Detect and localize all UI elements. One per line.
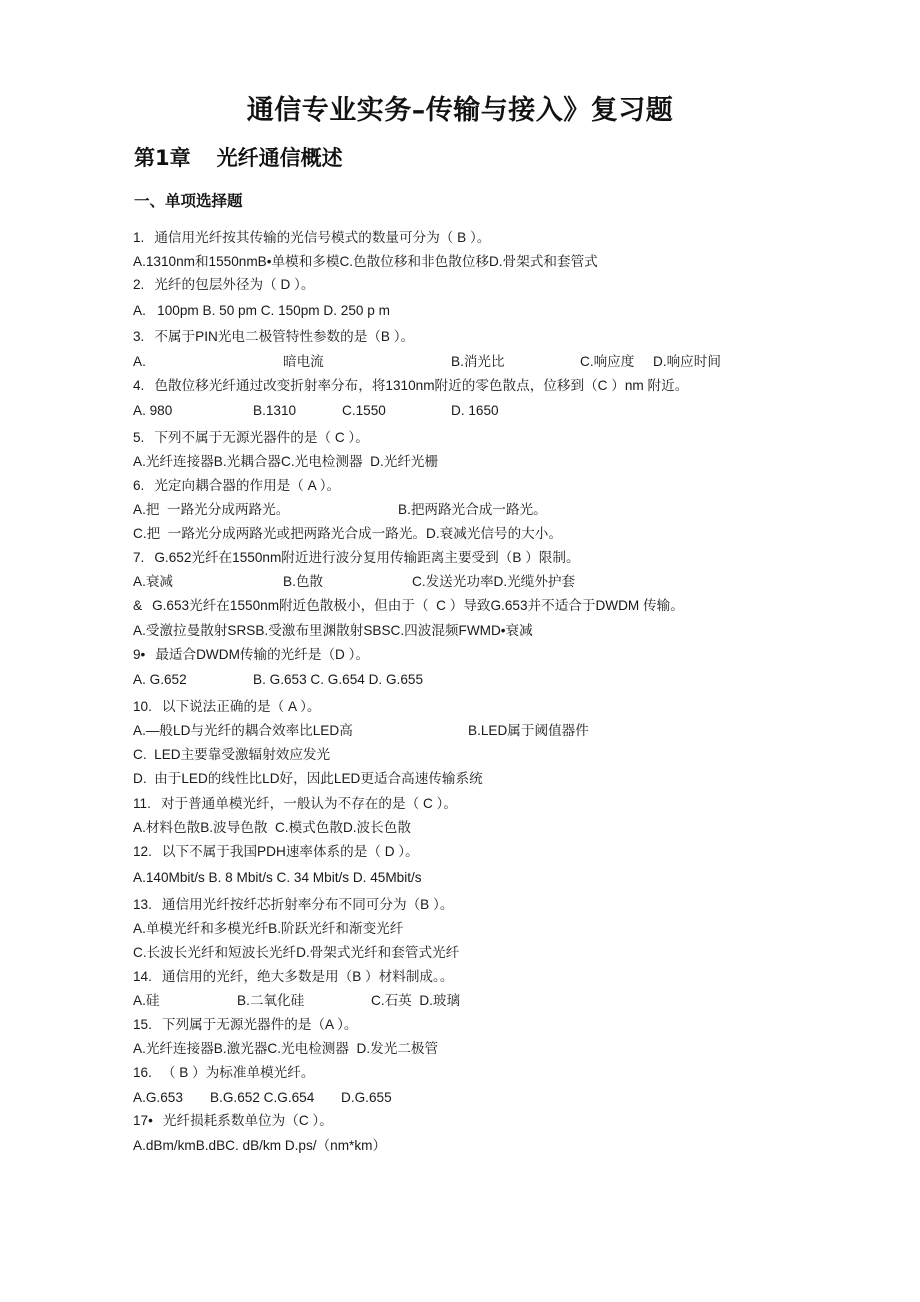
question-stem: 12.以下不属于我国PDH速率体系的是（ D ）。 <box>133 843 419 861</box>
answer-option: A.1310nm和1550nmB•单模和多模C.色散位移和非色散位移D.骨架式和… <box>133 253 598 271</box>
question-stem: 15.下列属于无源光器件的是（A ）。 <box>133 1016 358 1034</box>
question-text: 以下不属于我国PDH速率体系的是（ D ）。 <box>162 844 419 859</box>
section-heading: 一、单项选择题 <box>134 189 243 211</box>
answer-option: A.—般LD与光纤的耦合效率比LED高 <box>133 722 353 740</box>
answer-option: A. <box>133 353 146 371</box>
question-stem: 6.光定向耦合器的作用是（ A ）。 <box>133 477 340 495</box>
answer-option: C.石英 D.玻璃 <box>371 992 460 1010</box>
question-text: 通信用光纤按纤芯折射率分布不同可分为（B ）。 <box>162 897 454 912</box>
question-text: 色散位移光纤通过改变折射率分布，将1310nm附近的零色散点，位移到（C ）nm… <box>154 378 688 393</box>
answer-option: B.G.652 C.G.654 <box>210 1089 314 1107</box>
answer-option: B.消光比 <box>451 353 505 371</box>
answer-option: D. 由于LED的线性比LD好，因此LED更适合高速传输系统 <box>133 770 483 788</box>
question-text: 不属于PIN光电二极管特性参数的是（B ）。 <box>154 329 414 344</box>
answer-option: C. LED主要靠受激辐射效应发光 <box>133 746 330 764</box>
answer-option: B.1310 <box>253 402 296 420</box>
answer-option: 暗电流 <box>283 353 324 371</box>
question-text: 下列不属于无源光器件的是（ C ）。 <box>154 430 368 445</box>
question-text: 对于普通单模光纤，一般认为不存在的是（ C ）。 <box>161 796 457 811</box>
question-number: 5. <box>133 430 144 445</box>
document-title: 通信专业实务–传输与接入》复习题 <box>0 88 920 127</box>
question-stem: 11.对于普通单模光纤，一般认为不存在的是（ C ）。 <box>133 795 457 813</box>
question-number: 11. <box>133 796 151 811</box>
question-stem: 3.不属于PIN光电二极管特性参数的是（B ）。 <box>133 328 414 346</box>
answer-option: D. 1650 <box>451 402 499 420</box>
question-text: G.652光纤在1550nm附近进行波分复用传输距离主要受到（B ）限制。 <box>154 550 579 565</box>
question-stem: 17•光纤损耗系数单位为（C ）。 <box>133 1112 333 1130</box>
answer-option: B. G.653 C. G.654 D. G.655 <box>253 671 423 689</box>
question-stem: 4.色散位移光纤通过改变折射率分布，将1310nm附近的零色散点，位移到（C ）… <box>133 377 688 395</box>
question-text: 下列属于无源光器件的是（A ）。 <box>162 1017 358 1032</box>
answer-option: A.衰减 <box>133 573 173 591</box>
question-stem: 10.以下说法正确的是（ A ）。 <box>133 698 321 716</box>
answer-option: D.响应时间 <box>653 353 721 371</box>
question-stem: 14.通信用的光纤，绝大多数是用（B ）材料制成。。 <box>133 968 453 986</box>
question-text: 最适合DWDM传输的光纤是（D ）。 <box>155 647 369 662</box>
answer-option: A.光纤连接器B.激光器C.光电检测器 D.发光二极管 <box>133 1040 438 1058</box>
answer-option: A.140Mbit/s B. 8 Mbit/s C. 34 Mbit/s D. … <box>133 869 422 887</box>
chapter-name: 光纤通信概述 <box>217 146 343 170</box>
question-text: 光纤损耗系数单位为（C ）。 <box>163 1113 333 1128</box>
answer-option: D.G.655 <box>341 1089 392 1107</box>
question-text: 光纤的包层外径为（ D ）。 <box>154 277 314 292</box>
question-text: 通信用光纤按其传输的光信号模式的数量可分为（ B ）。 <box>154 230 490 245</box>
question-stem: &G.653光纤在1550nm附近色散极小，但由于（ C ）导致G.653并不适… <box>133 597 684 615</box>
question-number: & <box>133 598 142 613</box>
question-number: 12. <box>133 844 152 859</box>
question-number: 3. <box>133 329 144 344</box>
answer-option: A.G.653 <box>133 1089 183 1107</box>
question-number: 17• <box>133 1113 153 1128</box>
question-text: 光定向耦合器的作用是（ A ）。 <box>154 478 340 493</box>
question-stem: 7.G.652光纤在1550nm附近进行波分复用传输距离主要受到（B ）限制。 <box>133 549 580 567</box>
answer-option: A. G.652 <box>133 671 187 689</box>
document-page: 通信专业实务–传输与接入》复习题 第1章光纤通信概述 一、单项选择题 1.通信用… <box>0 0 920 1302</box>
question-text: G.653光纤在1550nm附近色散极小，但由于（ C ）导致G.653并不适合… <box>152 598 684 613</box>
question-number: 14. <box>133 969 152 984</box>
answer-option: C.长波长光纤和短波长光纤D.骨架式光纤和套管式光纤 <box>133 944 459 962</box>
question-number: 7. <box>133 550 144 565</box>
answer-option: A.把 一路光分成两路光。 <box>133 501 289 519</box>
chapter-heading: 第1章光纤通信概述 <box>134 142 343 172</box>
question-stem: 9•最适合DWDM传输的光纤是（D ）。 <box>133 646 369 664</box>
answer-option: B.色散 <box>283 573 323 591</box>
answer-option: C.响应度 <box>580 353 634 371</box>
answer-option: A. 100pm B. 50 pm C. 150pm D. 250 p m <box>133 302 390 320</box>
answer-option: A.dBm/kmB.dBC. dB/km D.ps/（nm*km） <box>133 1137 386 1155</box>
question-number: 9• <box>133 647 145 662</box>
answer-option: A.光纤连接器B.光耦合器C.光电检测器 D.光纤光栅 <box>133 453 438 471</box>
question-stem: 2.光纤的包层外径为（ D ）。 <box>133 276 314 294</box>
question-number: 1. <box>133 230 144 245</box>
question-text: 以下说法正确的是（ A ）。 <box>162 699 321 714</box>
question-number: 15. <box>133 1017 152 1032</box>
question-stem: 5.下列不属于无源光器件的是（ C ）。 <box>133 429 369 447</box>
question-stem: 16.（ B ）为标准单模光纤。 <box>133 1064 314 1082</box>
answer-option: A.硅 <box>133 992 159 1010</box>
question-number: 10. <box>133 699 152 714</box>
question-text: 通信用的光纤，绝大多数是用（B ）材料制成。。 <box>162 969 454 984</box>
question-stem: 1.通信用光纤按其传输的光信号模式的数量可分为（ B ）。 <box>133 229 490 247</box>
question-text: （ B ）为标准单模光纤。 <box>162 1065 315 1080</box>
answer-option: B.把两路光合成一路光。 <box>398 501 547 519</box>
question-number: 13. <box>133 897 152 912</box>
answer-option: B.二氧化硅 <box>237 992 304 1010</box>
question-number: 6. <box>133 478 144 493</box>
question-stem: 13.通信用光纤按纤芯折射率分布不同可分为（B ）。 <box>133 896 453 914</box>
answer-option: A.材料色散B.波导色散 C.模式色散D.波长色散 <box>133 819 411 837</box>
question-number: 16. <box>133 1065 152 1080</box>
question-number: 2. <box>133 277 144 292</box>
answer-option: C.把 一路光分成两路光或把两路光合成一路光。D.衰减光信号的大小。 <box>133 525 562 543</box>
answer-option: A. 980 <box>133 402 172 420</box>
answer-option: A.单模光纤和多模光纤B.阶跃光纤和渐变光纤 <box>133 920 403 938</box>
chapter-number: 第1章 <box>134 146 191 170</box>
answer-option: C.发送光功率D.光缆外护套 <box>412 573 575 591</box>
answer-option: A.受激拉曼散射SRSB.受激布里渊散射SBSC.四波混频FWMD•衰减 <box>133 622 533 640</box>
question-number: 4. <box>133 378 144 393</box>
answer-option: B.LED属于阈值器件 <box>468 722 589 740</box>
answer-option: C.1550 <box>342 402 386 420</box>
